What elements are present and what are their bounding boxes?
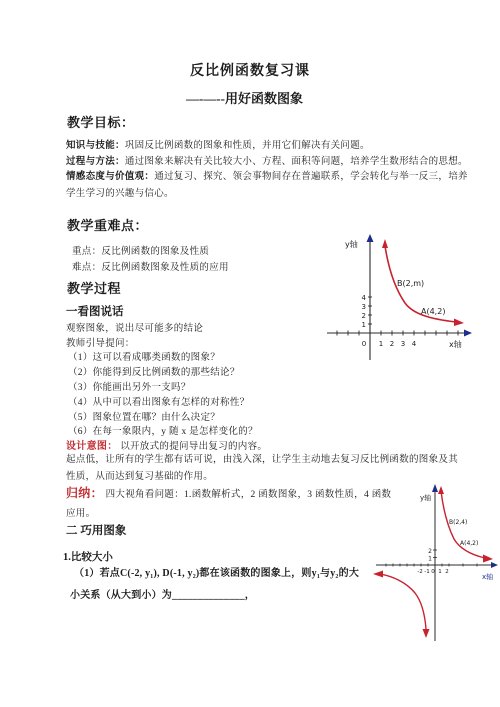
heading-look-and-talk: 一看图说话 [66, 303, 124, 319]
summary-label: 归纳： [66, 486, 103, 500]
document-subtitle: —-—--用好函数图象 [186, 88, 303, 107]
question-5: （5）图象位置在哪？由什么决定？ [68, 409, 220, 423]
curve-left-arrow-icon [373, 571, 383, 578]
goal-text: 巩固反比例函数的图象和性质，并用它们解决有关问题。 [125, 141, 370, 151]
y-axis-arrow-icon [367, 234, 374, 242]
x-tick-label: 3 [401, 340, 405, 348]
summary-text: 四大视角看问题：1.函数解析式，2 函数图象，3 函数性质，4 函数 [106, 490, 392, 500]
summary-continuation: 应用。 [66, 505, 95, 519]
goal-label: 情感态度与价值观： [66, 172, 154, 182]
question-3: （3）你能画出另外一支吗？ [68, 379, 191, 393]
observe-line: 观察图象，说出尽可能多的结论 [66, 320, 203, 334]
x-tick-label: -1 [424, 569, 429, 575]
goal-label: 过程与方法： [66, 157, 125, 167]
y-tick-label: 3 [362, 303, 366, 311]
difficult-point-line: 难点：反比例函数图象及性质的应用 [72, 259, 229, 273]
curve-top-arrow-icon [382, 239, 388, 248]
goal-line-knowledge: 知识与技能：巩固反比例函数的图象和性质，并用它们解决有关问题。 [66, 137, 370, 151]
curve-right-arrow-icon [483, 555, 493, 563]
key-point-line: 重点：反比例函数的图象及性质 [72, 243, 209, 257]
document-title: 反比例函数复习课 [0, 60, 500, 80]
heading-teaching-process: 教学过程 [67, 278, 121, 297]
y-axis-arrow-icon [432, 484, 438, 492]
x-tick-label: 0 [431, 569, 435, 575]
point-label-b: B(2,4) [449, 519, 467, 526]
x-tick-label: 1 [438, 569, 442, 575]
hyperbola-curve-q3 [380, 574, 426, 629]
question-6: （6）在每一象限内，y 随 x 是怎样变化的？ [68, 423, 258, 437]
heading-teaching-goals: 教学目标： [67, 112, 135, 131]
x-tick-label: 2 [445, 569, 449, 575]
x-axis-label: x轴 [482, 572, 493, 581]
y-axis-label: y轴 [345, 239, 358, 249]
x-tick-label: 2 [390, 340, 394, 348]
x-axis-label: x轴 [449, 339, 462, 349]
design-intent-text: 以开放式的提问导出复习的内容。 [120, 442, 267, 452]
curve-top-arrow-icon [438, 486, 444, 494]
figure-1-hyperbola-graph: y轴 x轴 0 4 3 2 1 1 2 3 4 B(2,m) A(4,2) [325, 232, 480, 364]
y-tick-label: 1 [362, 321, 366, 329]
curve-right-arrow-icon [454, 319, 464, 327]
x-axis-arrow-icon [464, 330, 472, 337]
question-4: （4）从中可以看出图象有怎样的对称性？ [68, 394, 249, 408]
summary-line: 归纳： 四大视角看问题：1.函数解析式，2 函数图象，3 函数性质，4 函数 [66, 484, 391, 501]
goal-line-attitude: 情感态度与价值观：通过复习、探究、领会事物间存在普遍联系，学会转化与举一反三，培… [66, 169, 468, 202]
point-label-b: B(2,m) [397, 279, 424, 288]
subheading-compare-size: 1.比较大小 [63, 549, 113, 564]
x-tick-label: 1 [379, 340, 383, 348]
design-intent-line: 设计意图： 以开放式的提问导出复习的内容。 [66, 437, 267, 452]
y-axis-label: y轴 [420, 493, 431, 502]
y-tick-label: 4 [362, 294, 367, 302]
compare-question-line-2: 小关系（从大到小）为______________， [70, 586, 255, 601]
origin-label: 0 [362, 340, 366, 348]
x-tick-label: 4 [412, 340, 417, 348]
point-label-a: A(4,2) [421, 307, 445, 316]
y-tick-label: 2 [362, 312, 366, 320]
question-2: （2）你能得到反比例函数的那些结论？ [68, 364, 240, 378]
goal-text: 通过图象来解决有关比较大小、方程、面积等问题，培养学生数形结合的思想。 [125, 157, 468, 167]
design-intent-label: 设计意图： [66, 441, 118, 452]
question-1: （1）这可以看成哪类函数的图象？ [68, 349, 220, 363]
goal-label: 知识与技能： [66, 141, 125, 151]
x-tick-label: -2 [417, 569, 422, 575]
figure-2-hyperbola-graph: y轴 x轴 2 1 -2 -1 0 1 2 B(2,4) A(4,2) [370, 483, 500, 645]
curve-bottom-arrow-icon [423, 629, 430, 638]
goal-line-method: 过程与方法：通过图象来解决有关比较大小、方程、面积等问题，培养学生数形结合的思想… [66, 153, 468, 167]
heading-key-points: 教学重难点： [67, 215, 148, 234]
compare-question-line-1: （1）若点C(-2, y₁), D(-1, y₂)都在该函数的图象上，则y₁与y… [74, 564, 359, 579]
y-tick-label: 2 [428, 548, 432, 555]
point-label-a: A(4,2) [460, 540, 478, 547]
x-axis-arrow-icon [491, 562, 498, 568]
heading-use-graphs: 二 巧用图象 [66, 522, 126, 538]
document-page: 反比例函数复习课 —-—--用好函数图象 教学目标： 知识与技能：巩固反比例函数… [0, 0, 500, 707]
y-tick-label: 1 [428, 556, 432, 563]
teacher-prompt-line: 教师引导提问： [66, 335, 135, 349]
design-intent-paragraph: 起点低，让所有的学生都有话可说，由浅入深，让学生主动地去复习反比例函数的图象及其… [66, 452, 466, 485]
